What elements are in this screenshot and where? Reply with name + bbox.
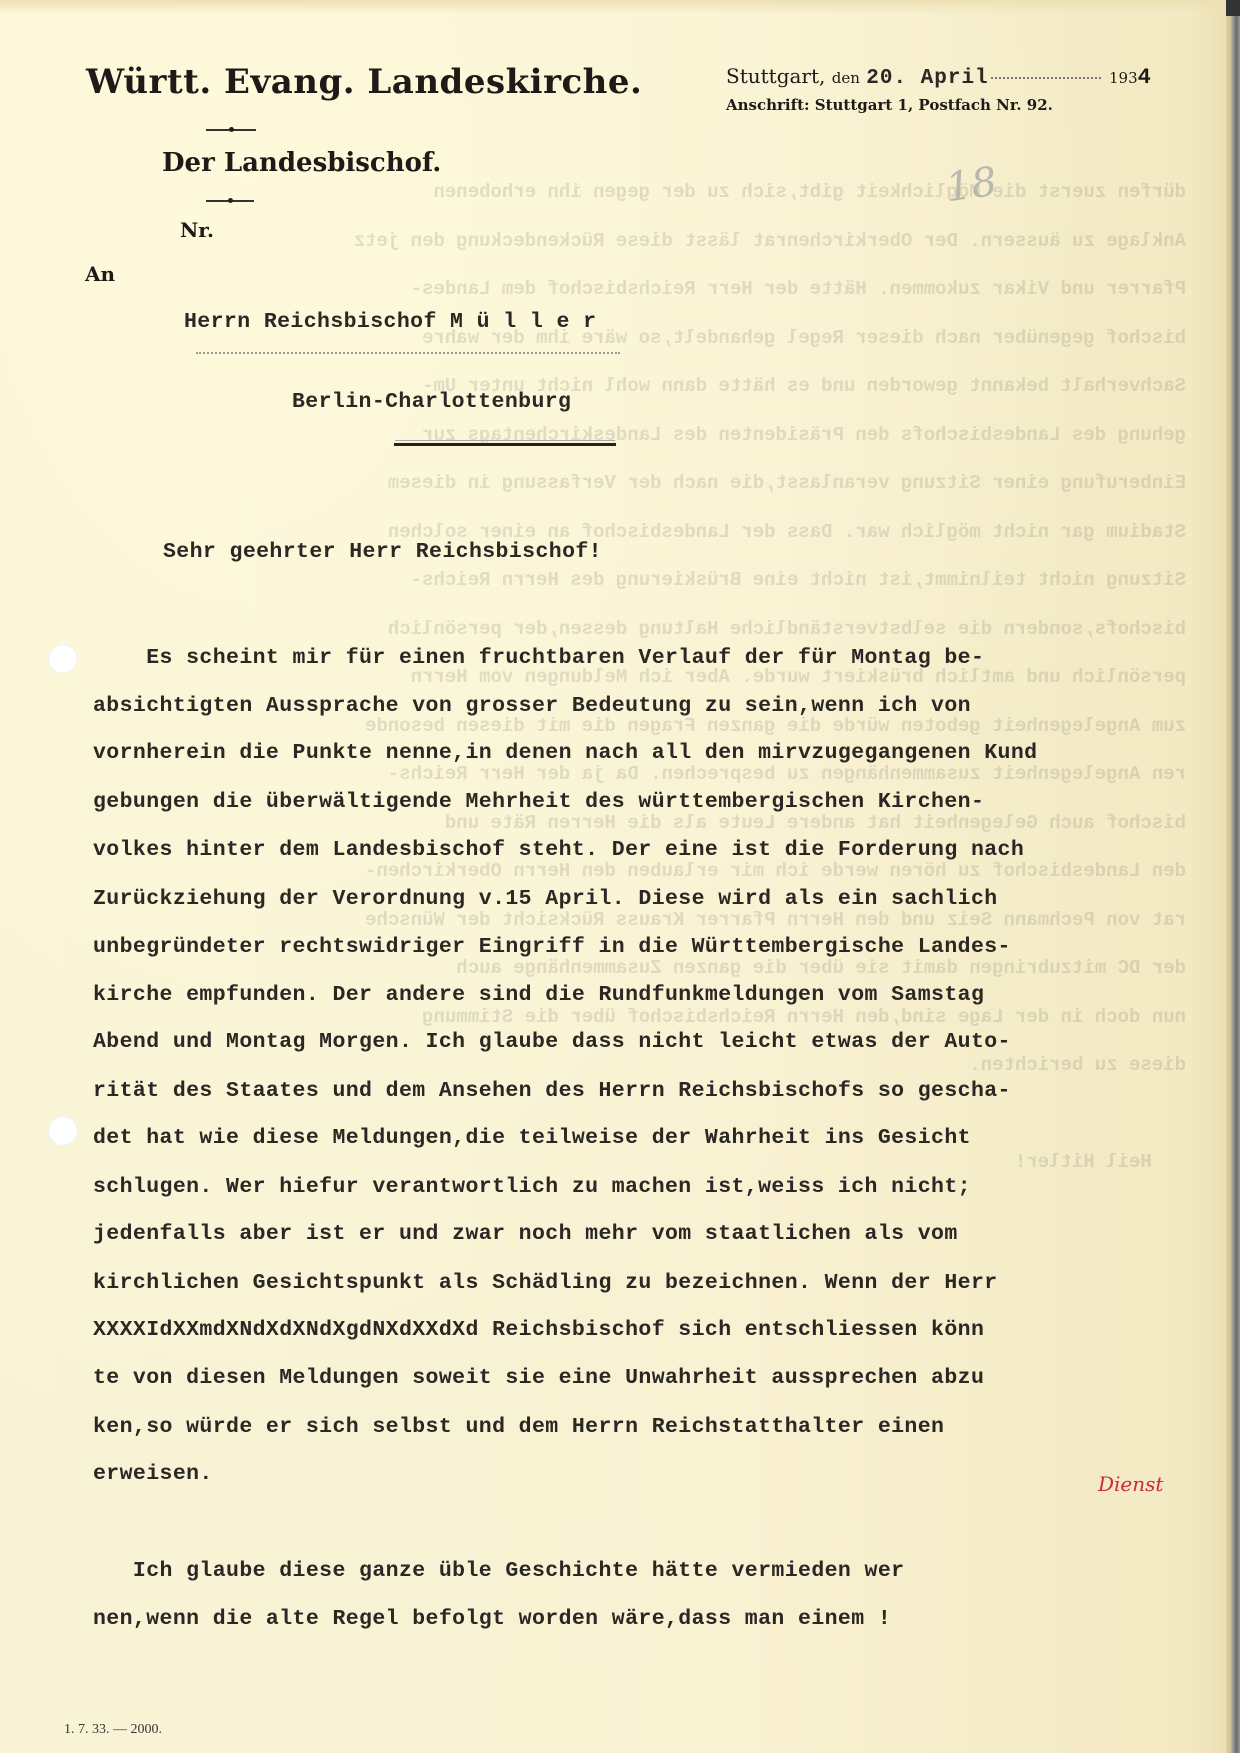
body-line: kirchlichen Gesichtspunkt als Schädling … (93, 1271, 998, 1295)
den-label: den (832, 69, 860, 87)
handwritten-margin-note: 18 (943, 159, 1000, 212)
body-line: ken,so würde er sich selbst und dem Herr… (93, 1415, 944, 1439)
letterhead-divider (206, 200, 254, 202)
city-underline (394, 443, 616, 446)
body-line: Abend und Montag Morgen. Ich glaube dass… (93, 1030, 1011, 1054)
salutation: Sehr geehrter Herr Reichsbischof! (163, 540, 602, 564)
body-line: Es scheint mir für einen fruchtbaren Ver… (93, 646, 984, 670)
dateline: Stuttgart, den 20. April 1934 (726, 64, 1151, 90)
recipient-name: Herrn Reichsbischof M ü l l e r (184, 310, 596, 334)
body-line: absichtigten Aussprache von grosser Bede… (93, 694, 971, 718)
body-line: det hat wie diese Meldungen,die teilweis… (93, 1126, 971, 1150)
body-line: Ich glaube diese ganze üble Geschichte h… (93, 1559, 904, 1583)
recipient-dotted-line (196, 352, 620, 354)
letterhead-organization: Württ. Evang. Landeskirche. (86, 62, 642, 102)
body-line: kirche empfunden. Der andere sind die Ru… (93, 983, 984, 1007)
recipient-label: An (85, 262, 115, 286)
body-line: rität des Staates und dem Ansehen des He… (93, 1079, 1011, 1103)
place-label: Stuttgart, (726, 64, 825, 88)
body-line: schlugen. Wer hiefur verantwortlich zu m… (93, 1175, 971, 1199)
body-line: erweisen. (93, 1462, 213, 1486)
date-dotted-line (991, 77, 1101, 79)
year-typed: 4 (1138, 65, 1151, 90)
document-page: dürfen zuerst die Möglichkeit gibt,sich … (0, 0, 1240, 1753)
body-line: XXXXIdXXmdXNdXdXNdXgdNXdXXdXd Reichsbisc… (93, 1318, 984, 1342)
letterhead-address: Anschrift: Stuttgart 1, Postfach Nr. 92. (726, 96, 1053, 114)
letter-date: 20. April (866, 67, 988, 90)
letterhead-department: Der Landesbischof. (162, 148, 441, 178)
scan-right-edge (1226, 0, 1240, 1753)
punch-hole (48, 644, 78, 674)
scan-top-edge (0, 0, 1240, 14)
punch-hole (48, 1116, 78, 1146)
form-print-code: 1. 7. 33. — 2000. (64, 1722, 162, 1738)
body-line: jedenfalls aber ist er und zwar noch meh… (93, 1222, 958, 1246)
body-line: gebungen die überwältigende Mehrheit des… (93, 790, 984, 814)
body-line: volkes hinter dem Landesbischof steht. D… (93, 838, 1024, 862)
recipient-city: Berlin-Charlottenburg (292, 390, 571, 414)
body-line: unbegründeter rechtswidriger Eingriff in… (93, 935, 1011, 959)
reference-number-label: Nr. (180, 218, 214, 242)
handwritten-insertion: Dienst (1098, 1472, 1163, 1496)
body-line: vornherein die Punkte nenne,in denen nac… (93, 741, 1037, 765)
year-printed: 193 (1109, 69, 1138, 87)
scan-corner (1226, 0, 1240, 16)
body-line: nen,wenn die alte Regel befolgt worden w… (93, 1607, 891, 1631)
body-line: Zurückziehung der Verordnung v.15 April.… (93, 887, 998, 911)
letterhead-divider (206, 129, 256, 131)
body-line: te von diesen Meldungen soweit sie eine … (93, 1366, 984, 1390)
